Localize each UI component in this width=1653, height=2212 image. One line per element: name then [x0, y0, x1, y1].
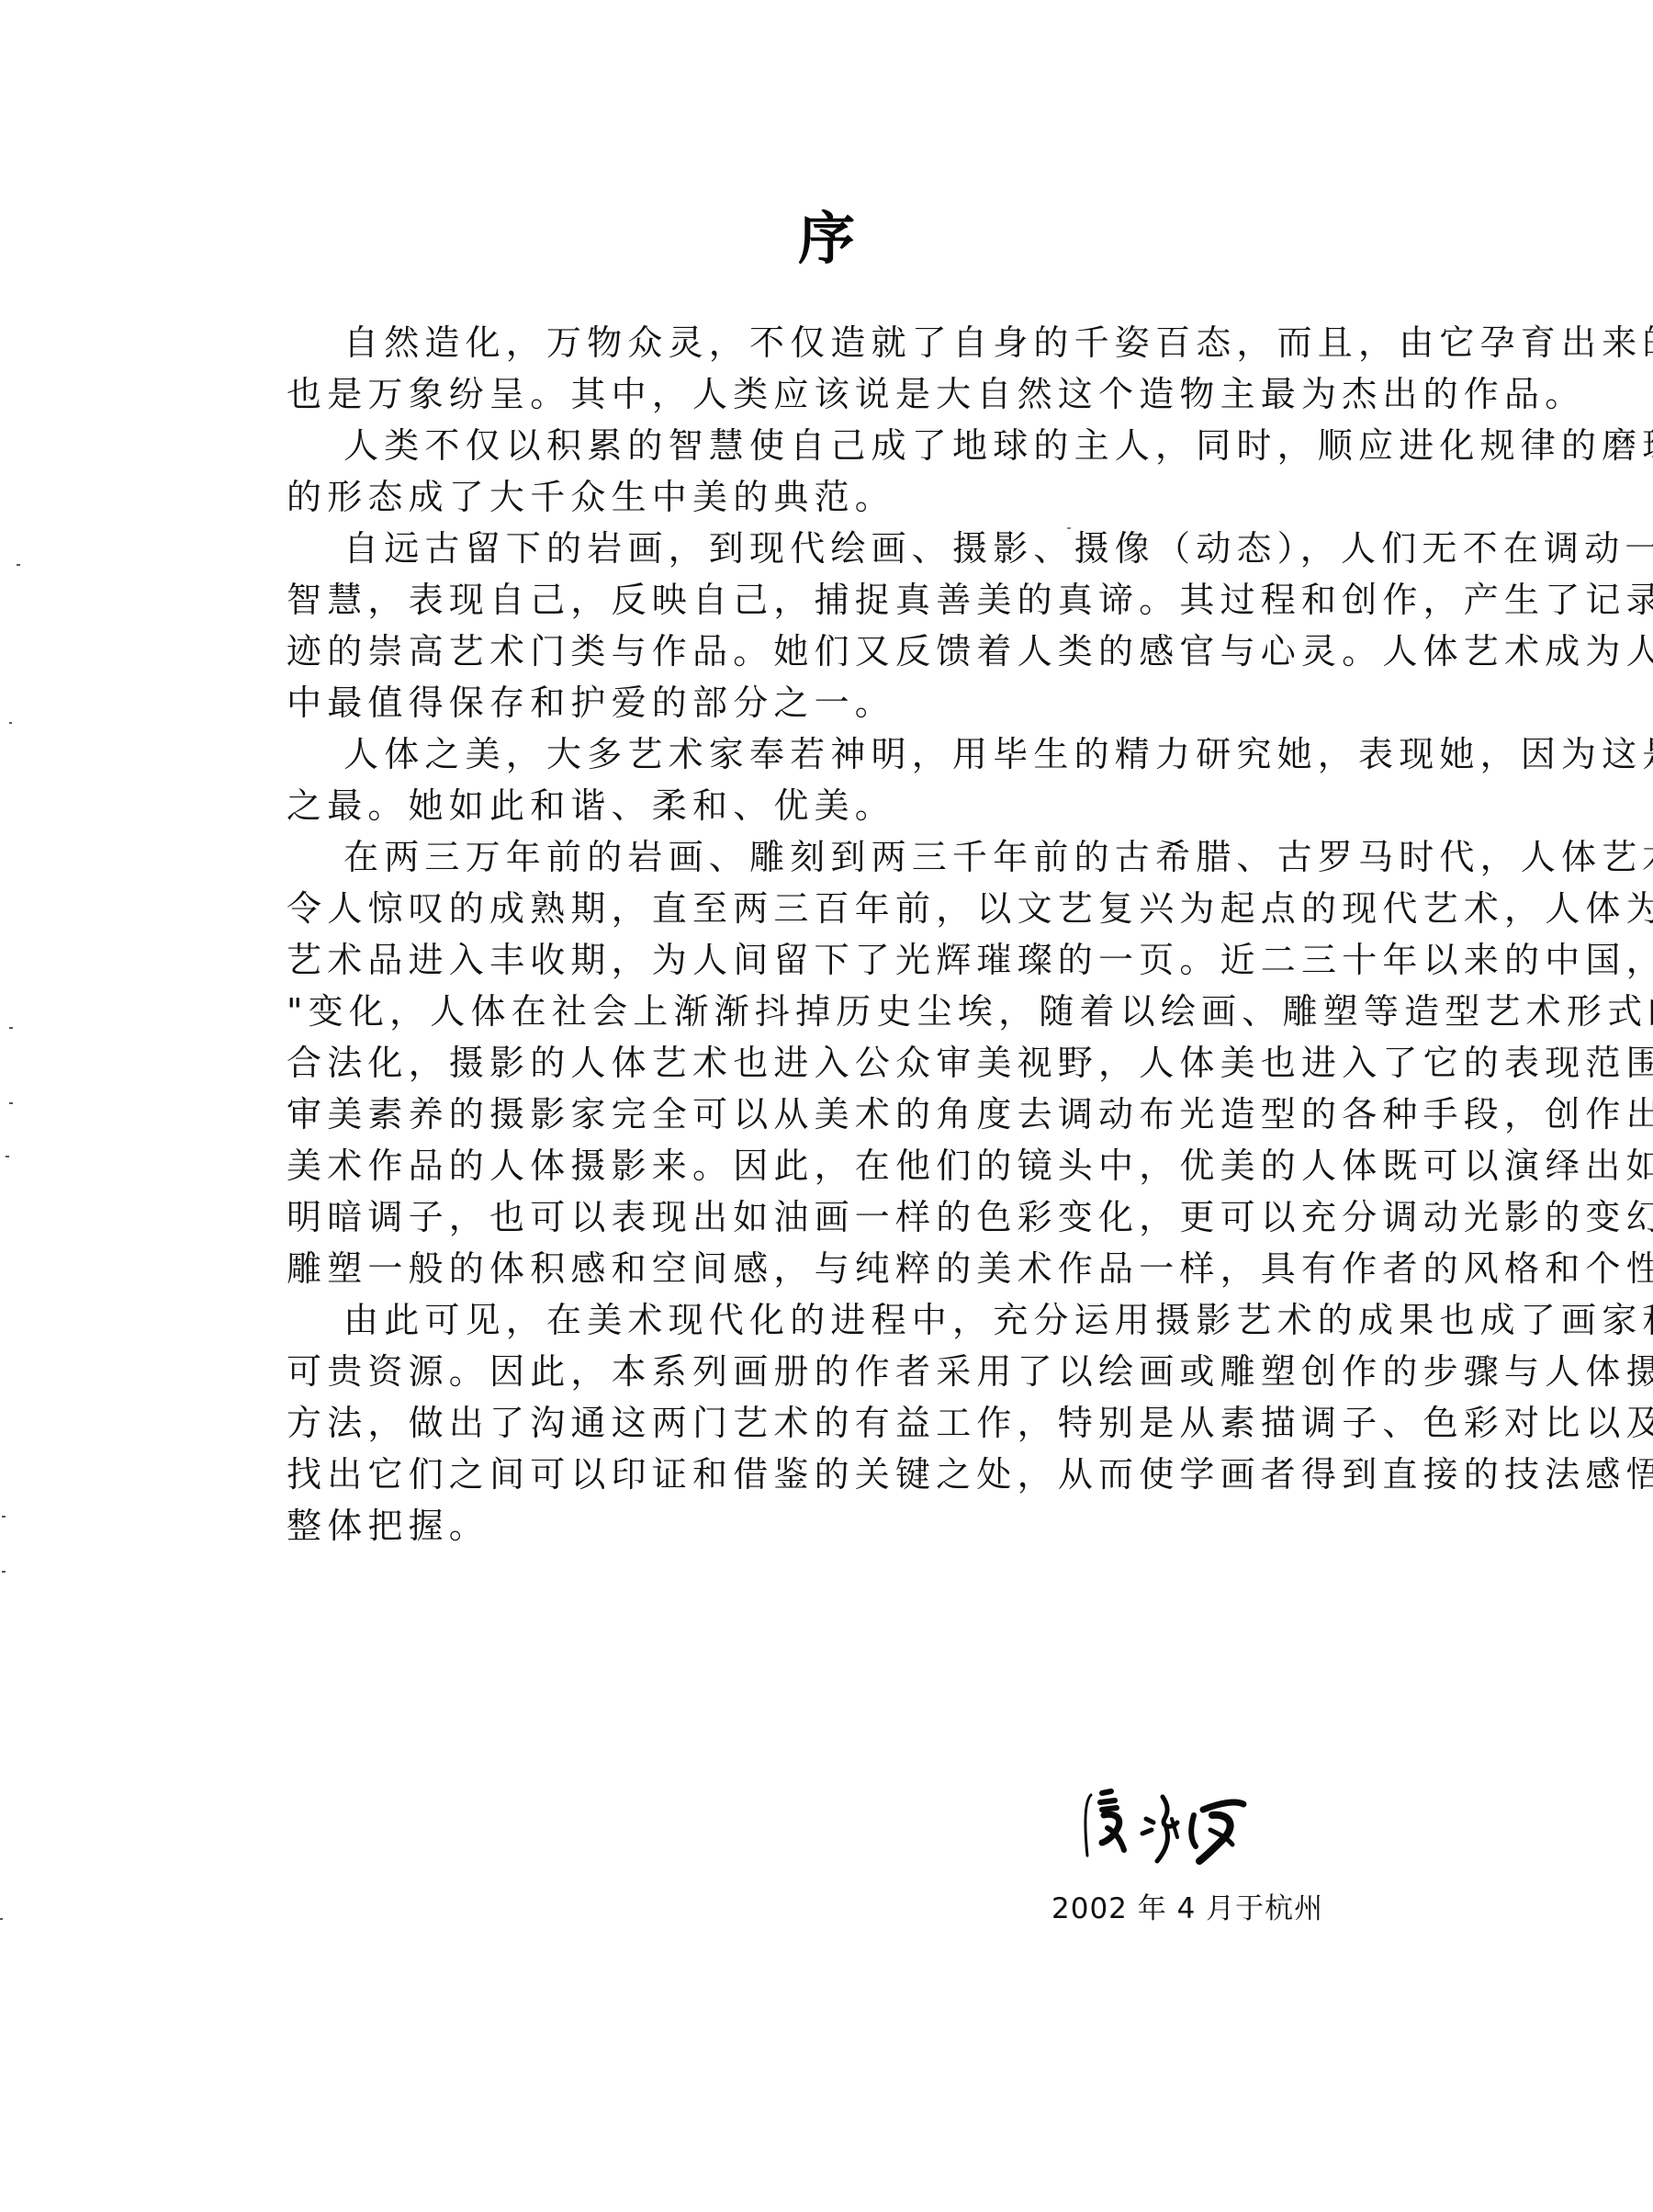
page-title: 序: [0, 202, 1653, 276]
text-line: 可贵资源。因此，本系列画册的作者采用了以绘画或雕塑创作的步骤与人体摄影相对照的: [287, 1346, 1361, 1397]
scan-artifact: [17, 564, 20, 566]
scan-artifact: [9, 722, 12, 724]
paragraph-1: 自然造化，万物众灵，不仅造就了自身的千姿百态，而且，由它孕育出来的生命世界 也是…: [287, 317, 1361, 420]
text-line: 中最值得保存和护爱的部分之一。: [287, 677, 1361, 728]
paragraph-6: 由此可见，在美术现代化的进程中，充分运用摄影艺术的成果也成了画家和雕塑家的 可贵…: [287, 1294, 1361, 1552]
signature-icon: [1074, 1782, 1258, 1865]
text-line: 自远古留下的岩画，到现代绘画、摄影、摄像（动态），人们无不在调动一切手段与: [287, 523, 1361, 574]
text-line: 合法化，摄影的人体艺术也进入公众审美视野，人体美也进入了它的表现范围。一位具有: [287, 1037, 1361, 1089]
scan-artifact: [2, 1571, 6, 1573]
text-line: "变化，人体在社会上渐渐抖掉历史尘埃，随着以绘画、雕塑等造型艺术形式的人体艺术: [287, 986, 1361, 1037]
scan-artifact: [0, 1918, 3, 1920]
date-place: 2002 年 4 月于杭州: [1051, 1890, 1323, 1927]
text-line: 方法，做出了沟通这两门艺术的有益工作，特别是从素描调子、色彩对比以及空间关系上，: [287, 1397, 1361, 1449]
text-line: 的形态成了大千众生中美的典范。: [287, 471, 1361, 523]
paragraph-3: 自远古留下的岩画，到现代绘画、摄影、摄像（动态），人们无不在调动一切手段与 智慧…: [287, 523, 1361, 728]
text-line: 令人惊叹的成熟期，直至两三百年前，以文艺复兴为起点的现代艺术，人体为艺术题材的: [287, 883, 1361, 934]
text-line: 整体把握。: [287, 1500, 1361, 1552]
text-line: 之最。她如此和谐、柔和、优美。: [287, 780, 1361, 831]
scan-artifact: [9, 1102, 13, 1104]
text-line: 找出它们之间可以印证和借鉴的关键之处，从而使学画者得到直接的技法感悟和人体美的: [287, 1449, 1361, 1500]
text-line: 审美素养的摄影家完全可以从美术的角度去调动布光造型的各种手段，创作出美感不下于: [287, 1089, 1361, 1140]
scan-artifact: [2, 1516, 6, 1518]
paragraph-5: 在两三万年前的岩画、雕刻到两三千年前的古希腊、古罗马时代，人体艺术已发展到 令人…: [287, 831, 1361, 1294]
paragraph-2: 人类不仅以积累的智慧使自己成了地球的主人，同时，顺应进化规律的磨琢也使自己 的形…: [287, 420, 1361, 523]
text-line: 也是万象纷呈。其中，人类应该说是大自然这个造物主最为杰出的作品。: [287, 368, 1361, 420]
paragraph-4: 人体之美，大多艺术家奉若神明，用毕生的精力研究她，表现她，因为这是万物完美 之最…: [287, 728, 1361, 831]
text-line: 雕塑一般的体积感和空间感，与纯粹的美术作品一样，具有作者的风格和个性。: [287, 1243, 1361, 1294]
scan-artifact: [6, 1156, 9, 1157]
text-line: 美术作品的人体摄影来。因此，在他们的镜头中，优美的人体既可以演绎出如素描一样的: [287, 1140, 1361, 1191]
text-line: 艺术品进入丰收期，为人间留下了光辉璀璨的一页。近二三十年以来的中国，随着"国情: [287, 934, 1361, 986]
text-line: 迹的崇高艺术门类与作品。她们又反馈着人类的感官与心灵。人体艺术成为人类文化财富: [287, 626, 1361, 677]
text-line: 人类不仅以积累的智慧使自己成了地球的主人，同时，顺应进化规律的磨琢也使自己: [287, 420, 1361, 471]
text-line: 人体之美，大多艺术家奉若神明，用毕生的精力研究她，表现她，因为这是万物完美: [287, 728, 1361, 780]
text-line: 智慧，表现自己，反映自己，捕捉真善美的真谛。其过程和创作，产生了记录人类文明轨: [287, 574, 1361, 626]
text-line: 自然造化，万物众灵，不仅造就了自身的千姿百态，而且，由它孕育出来的生命世界: [287, 317, 1361, 368]
text-line: 明暗调子，也可以表现出如油画一样的色彩变化，更可以充分调动光影的变幻，塑造出如: [287, 1191, 1361, 1243]
text-line: 在两三万年前的岩画、雕刻到两三千年前的古希腊、古罗马时代，人体艺术已发展到: [287, 831, 1361, 883]
text-line: 由此可见，在美术现代化的进程中，充分运用摄影艺术的成果也成了画家和雕塑家的: [287, 1294, 1361, 1346]
scan-artifact: [1067, 527, 1071, 529]
scan-artifact: [9, 1027, 13, 1029]
preface-body: 自然造化，万物众灵，不仅造就了自身的千姿百态，而且，由它孕育出来的生命世界 也是…: [287, 317, 1361, 1552]
